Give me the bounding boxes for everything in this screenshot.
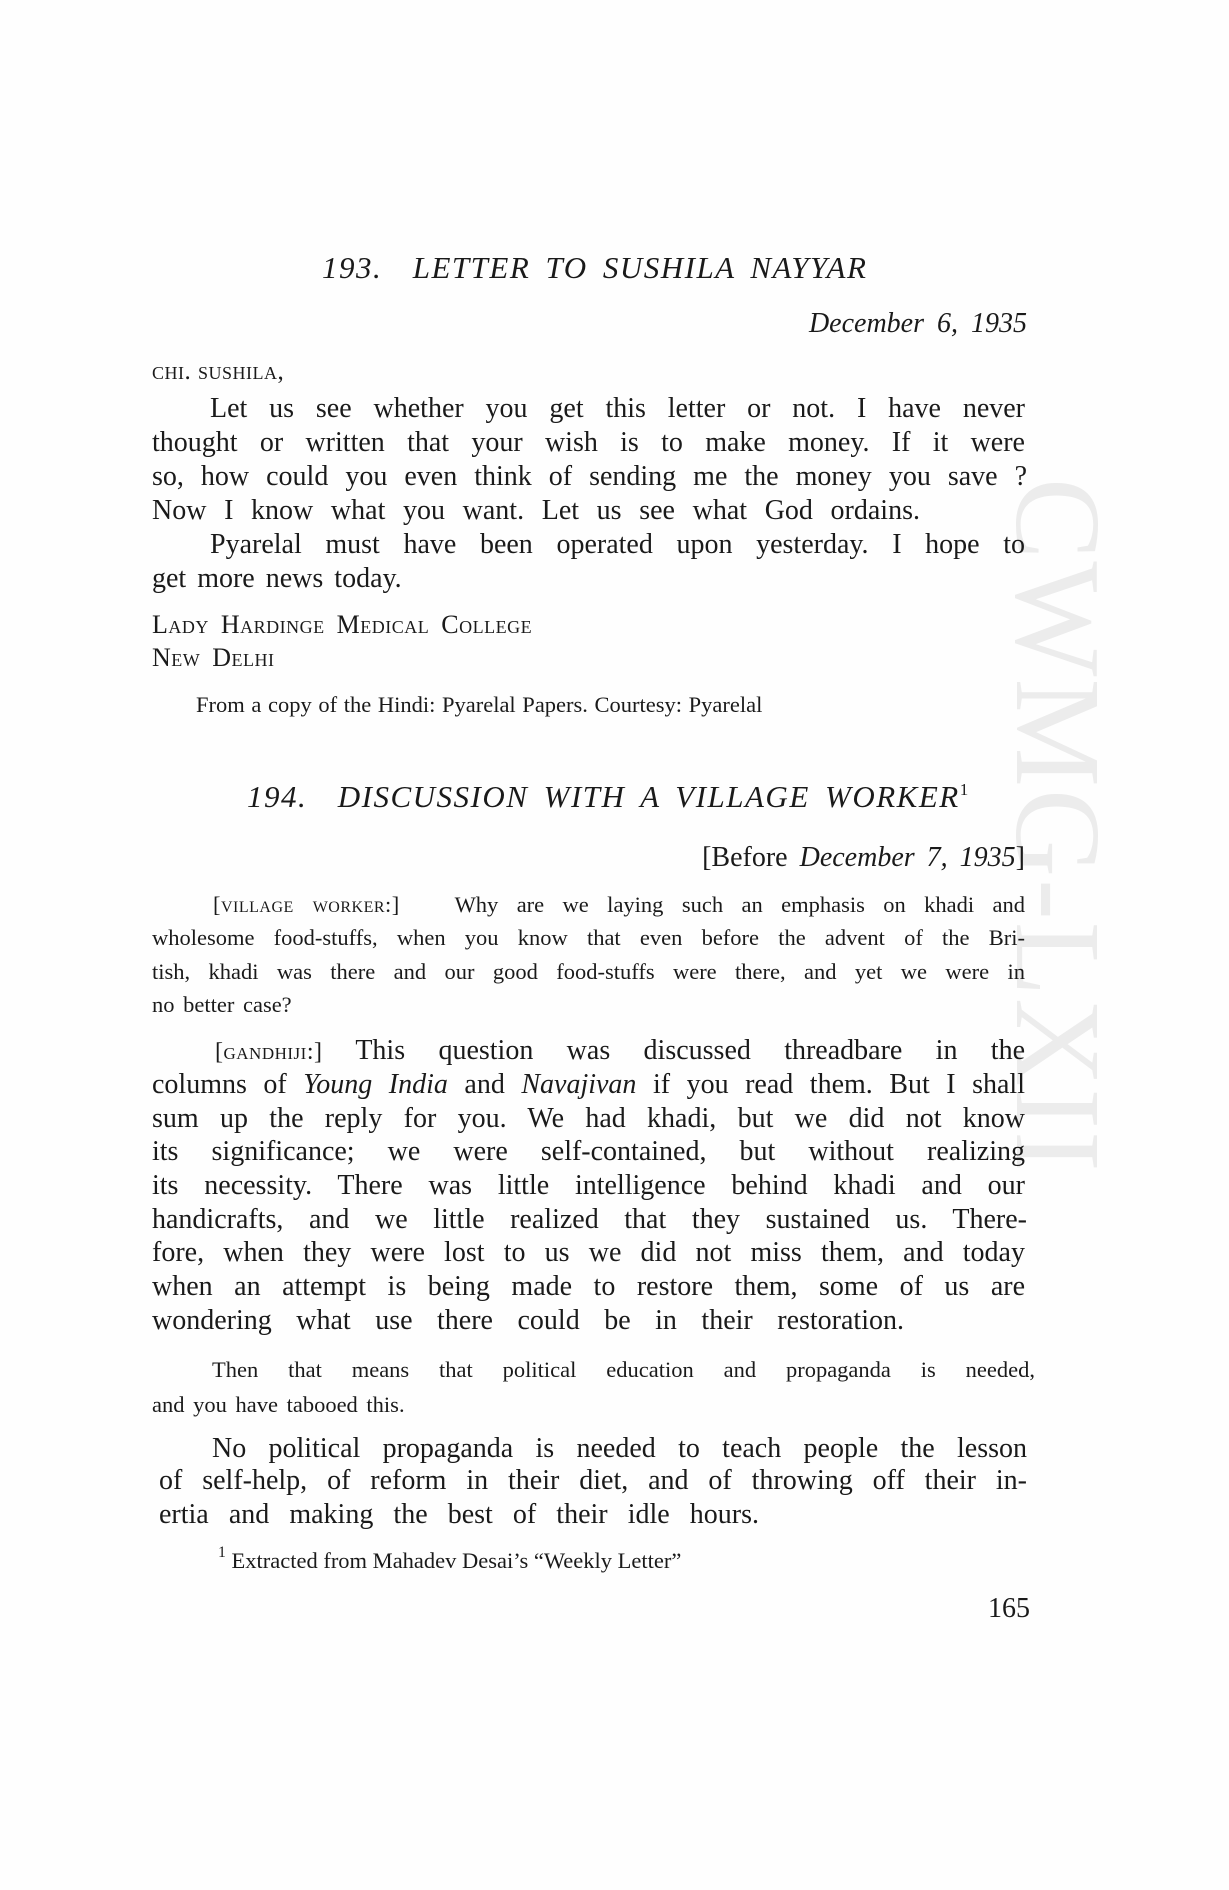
section-194-date: [Before December 7, 1935] xyxy=(600,841,1025,875)
answer-line: sum up the reply for you. We had khadi, … xyxy=(152,1102,1025,1136)
text-run: columns of xyxy=(152,1069,303,1100)
question-line: no better case? xyxy=(152,990,292,1020)
page-number: 165 xyxy=(930,1592,1030,1626)
section-193-number: 193. xyxy=(322,250,382,285)
date-prefix: [Before xyxy=(702,842,800,873)
answer-line: [gandhiji:] This question was discussed … xyxy=(215,1034,1025,1068)
paragraph-line: Let us see whether you get this letter o… xyxy=(210,392,1025,426)
date-suffix: ] xyxy=(1016,842,1025,873)
address-line: Lady Hardinge Medical College xyxy=(152,608,532,642)
date-italic: December 7, 1935 xyxy=(800,842,1016,873)
publication-navajivan: Navajivan xyxy=(521,1069,636,1100)
footnote-reference[interactable]: 1 xyxy=(960,780,970,799)
answer-line: ertia and making the best of their idle … xyxy=(159,1498,759,1532)
question-line: and you have tabooed this. xyxy=(152,1390,405,1420)
section-194-heading: 194. DISCUSSION WITH A VILLAGE WORKER1 xyxy=(247,779,970,815)
answer-line: fore, when they were lost to us we did n… xyxy=(152,1236,1025,1270)
section-193-heading: 193. LETTER TO SUSHILA NAYYAR xyxy=(322,250,867,286)
paragraph-line: get more news today. xyxy=(152,562,402,596)
question-line: [village worker:] Why are we laying such… xyxy=(213,890,1025,920)
footnote-marker: 1 xyxy=(218,1544,226,1561)
address-line: New Delhi xyxy=(152,641,275,675)
text-run: and xyxy=(448,1069,521,1100)
section-193-title: LETTER TO SUSHILA NAYYAR xyxy=(413,250,868,285)
publication-young-india: Young India xyxy=(303,1069,448,1100)
section-193-date: December 6, 1935 xyxy=(600,307,1027,341)
question-line: tish, khadi was there and our good food-… xyxy=(152,957,1025,987)
answer-text: This question was discussed threadbare i… xyxy=(355,1035,1025,1066)
paragraph-line: thought or written that your wish is to … xyxy=(152,426,1025,460)
question-text: Why are we laying such an emphasis on kh… xyxy=(455,892,1025,917)
section-194-title: DISCUSSION WITH A VILLAGE WORKER xyxy=(338,779,960,814)
answer-line: wondering what use there could be in the… xyxy=(152,1304,904,1338)
footnote-text: Extracted from Mahadev Desai’s “Weekly L… xyxy=(232,1548,682,1573)
answer-line: when an attempt is being made to restore… xyxy=(152,1270,1025,1304)
paragraph-line: so, how could you even think of sending … xyxy=(152,460,1027,494)
answer-line: No political propaganda is needed to tea… xyxy=(212,1432,1027,1466)
source-note: From a copy of the Hindi: Pyarelal Paper… xyxy=(196,690,762,720)
speaker-gandhiji: [gandhiji:] xyxy=(215,1039,322,1065)
answer-line: of self-help, of reform in their diet, a… xyxy=(159,1464,1027,1498)
salutation-text: CHI. SUSHILA, xyxy=(152,358,284,385)
document-page: CWMG-LXII 193. LETTER TO SUSHILA NAYYAR … xyxy=(0,0,1229,1890)
question-line: wholesome food-stuffs, when you know tha… xyxy=(152,923,1025,953)
answer-line: columns of Young India and Navajivan if … xyxy=(152,1068,1025,1102)
salutation: CHI. SUSHILA, xyxy=(152,355,284,389)
section-194-number: 194. xyxy=(247,779,307,814)
text-run: if you read them. But I shall xyxy=(636,1069,1025,1100)
paragraph-line: Pyarelal must have been operated upon ye… xyxy=(210,528,1025,562)
footnote: 1 Extracted from Mahadev Desai’s “Weekly… xyxy=(218,1546,681,1576)
answer-line: its necessity. There was little intellig… xyxy=(152,1169,1025,1203)
answer-line: handicrafts, and we little realized that… xyxy=(152,1203,1027,1237)
paragraph-line: Now I know what you want. Let us see wha… xyxy=(152,494,920,528)
watermark: CWMG-LXII xyxy=(1012,478,1102,1408)
speaker-village-worker: [village worker:] xyxy=(213,892,400,917)
answer-line: its significance; we were self-contained… xyxy=(152,1135,1025,1169)
question-line: Then that means that political education… xyxy=(212,1355,1035,1385)
